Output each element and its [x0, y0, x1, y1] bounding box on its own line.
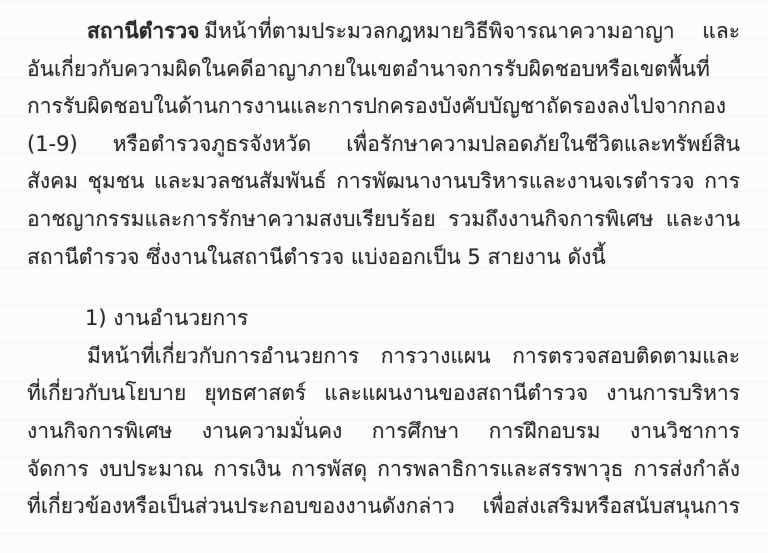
text-line: อาชญากรรมและการรักษาความสงบเรียบร้อย รวม… [27, 201, 740, 239]
intro-paragraph: สถานีตำรวจมีหน้าที่ตามประมวลกฎหมายวิธีพิ… [27, 13, 740, 276]
section-1: 1) งานอำนวยการ มีหน้าที่เกี่ยวกับการอำนว… [27, 300, 740, 526]
text-line: จัดการ งบประมาณ การเงิน การพัสดุ การพลาธ… [27, 451, 740, 489]
text-line: อันเกี่ยวกับความผิดในคดีอาญาภายในเขตอำนา… [27, 51, 740, 89]
document-page: สถานีตำรวจมีหน้าที่ตามประมวลกฎหมายวิธีพิ… [0, 0, 768, 553]
text-line: งานกิจการพิเศษ งานความมั่นคง การศึกษา กา… [27, 413, 740, 451]
text-line: ที่เกี่ยวกับนโยบาย ยุทธศาสตร์ และแผนงานข… [27, 375, 740, 413]
text-line: สถานีตำรวจมีหน้าที่ตามประมวลกฎหมายวิธีพิ… [27, 13, 740, 51]
section-1-heading: 1) งานอำนวยการ [85, 300, 740, 338]
text-line: (1-9) หรือตำรวจภูธรจังหวัด เพื่อรักษาควา… [27, 126, 740, 164]
text-line: ที่เกี่ยวข้องหรือเป็นส่วนประกอบของงานดัง… [27, 488, 740, 526]
intro-lead-term: สถานีตำรวจ [87, 19, 200, 43]
text-line: สังคม ชุมชน และมวลชนสัมพันธ์ การพัฒนางาน… [27, 163, 740, 201]
text-line: การรับผิดชอบในด้านการงานและการปกครองบังค… [27, 88, 740, 126]
text-line: สถานีตำรวจ ซึ่งงานในสถานีตำรวจ แบ่งออกเป… [27, 239, 740, 277]
text-line: มีหน้าที่เกี่ยวกับการอำนวยการ การวางแผน … [27, 338, 740, 376]
